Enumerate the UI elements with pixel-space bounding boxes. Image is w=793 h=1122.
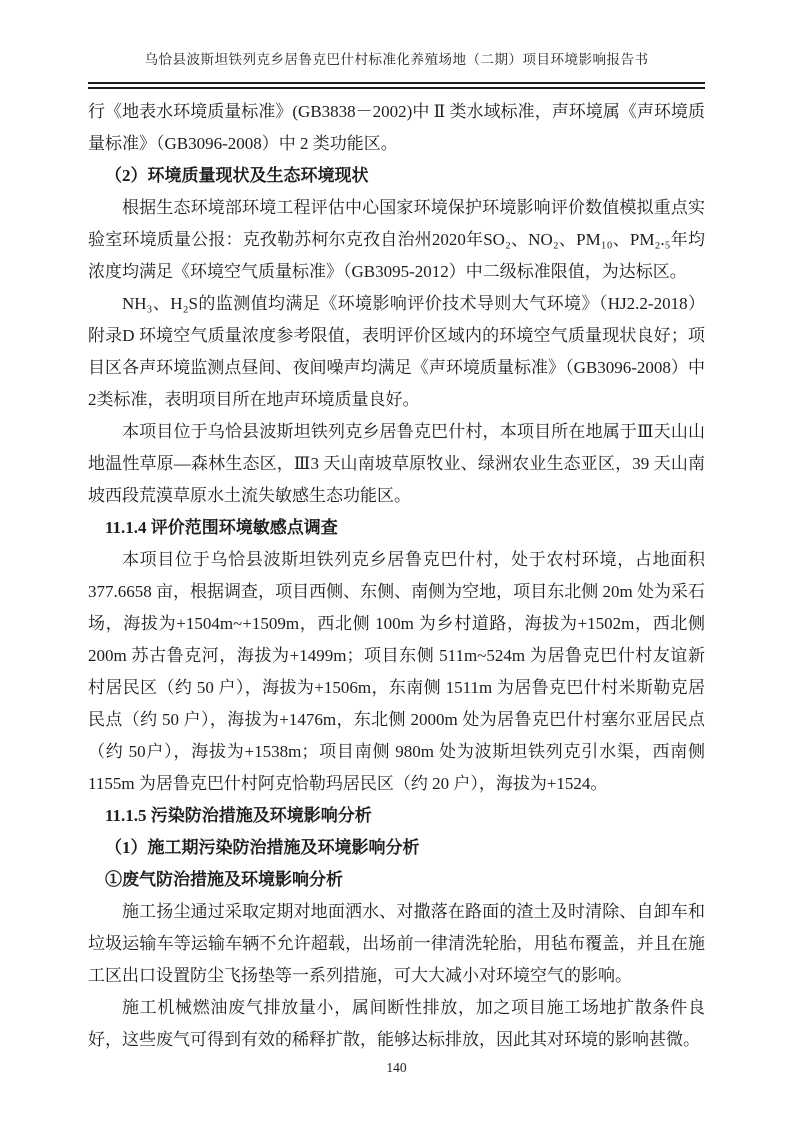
- report-page: 乌恰县波斯坦铁列克乡居鲁克巴什村标准化养殖场地（二期）项目环境影响报告书 行《地…: [0, 0, 793, 1122]
- paragraph-site-surroundings: 本项目位于乌恰县波斯坦铁列克乡居鲁克巴什村，处于农村环境，占地面积377.665…: [88, 544, 705, 800]
- paragraph-ecological-zone: 本项目位于乌恰县波斯坦铁列克乡居鲁克巴什村，本项目所在地属于Ⅲ天山山地温性草原—…: [88, 416, 705, 512]
- continued-paragraph-water-noise-standards: 行《地表水环境质量标准》(GB3838－2002)中 Ⅱ 类水域标准，声环境属《…: [88, 96, 705, 160]
- heading-construction-period-measures: （1）施工期污染防治措施及环境影响分析: [88, 832, 705, 864]
- page-header-title: 乌恰县波斯坦铁列克乡居鲁克巴什村标准化养殖场地（二期）项目环境影响报告书: [88, 50, 705, 70]
- header-double-rule: [88, 82, 705, 89]
- page-number: 140: [0, 1058, 793, 1078]
- heading-11-1-4-sensitive-points-survey: 11.1.4 评价范围环境敏感点调查: [88, 512, 705, 544]
- document-body: 行《地表水环境质量标准》(GB3838－2002)中 Ⅱ 类水域标准，声环境属《…: [88, 96, 705, 1056]
- heading-env-quality-status: （2）环境质量现状及生态环境现状: [88, 160, 705, 192]
- paragraph-air-quality-bulletin: 根据生态环境部环境工程评估中心国家环境保护环境影响评价数值模拟重点实验室环境质量…: [88, 192, 705, 288]
- paragraph-machinery-exhaust: 施工机械燃油废气排放量小，属间断性排放，加之项目施工场地扩散条件良好，这些废气可…: [88, 992, 705, 1056]
- paragraph-nh3-h2s-monitoring: NH₃、H₂S的监测值均满足《环境影响评价技术导则大气环境》（HJ2.2-201…: [88, 288, 705, 416]
- paragraph-construction-dust-control: 施工扬尘通过采取定期对地面洒水、对撒落在路面的渣土及时清除、自卸车和垃圾运输车等…: [88, 896, 705, 992]
- heading-11-1-5-pollution-control: 11.1.5 污染防治措施及环境影响分析: [88, 800, 705, 832]
- heading-waste-gas-measures: ①废气防治措施及环境影响分析: [88, 864, 705, 896]
